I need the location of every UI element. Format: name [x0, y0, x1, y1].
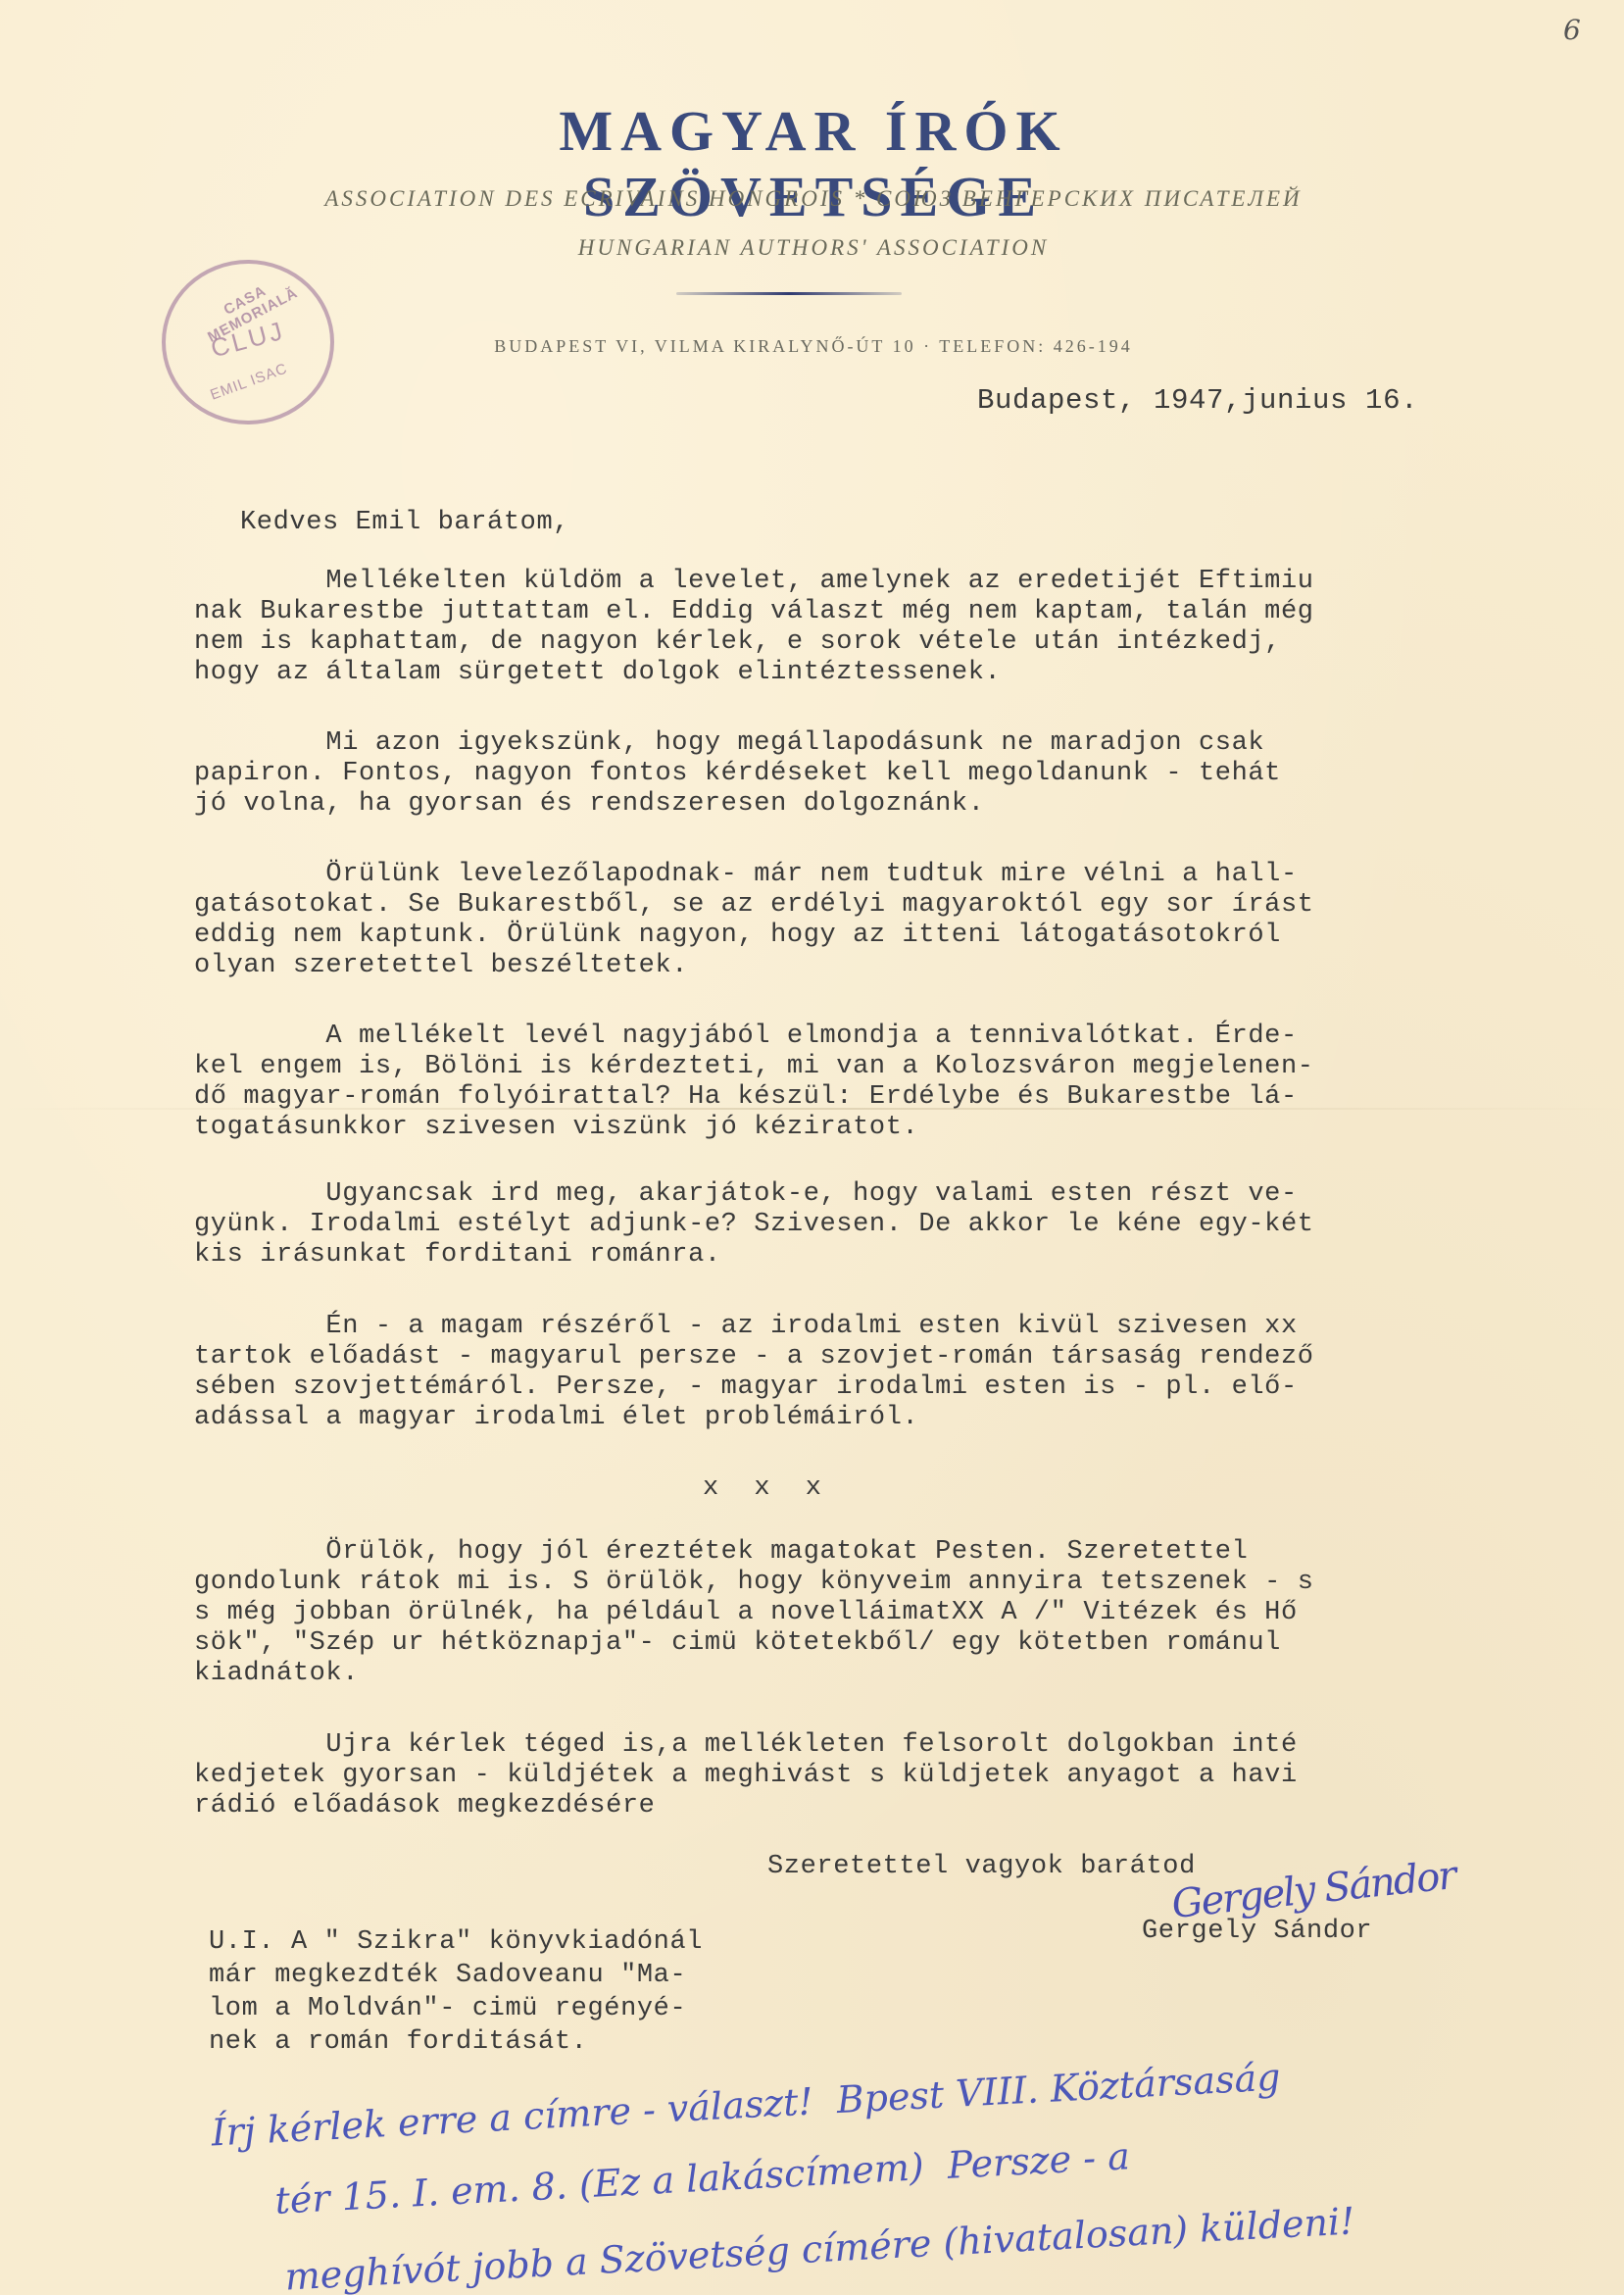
letterhead-subtitle-english: HUNGARIAN AUTHORS' ASSOCIATION [186, 235, 1441, 261]
letterhead-divider [676, 292, 902, 295]
letter-paragraph: Ugyancsak ird meg, akarjátok-e, hogy val… [194, 1179, 1314, 1271]
letterhead-address: BUDAPEST VI, VILMA KIRALYNŐ-ÚT 10 · TELE… [294, 336, 1333, 357]
archive-page-number: 6 [1563, 14, 1581, 46]
letter-paragraph: Mellékelten küldöm a levelet, amelynek a… [194, 567, 1314, 688]
archive-stamp: CASA MEMORIALĂ CLUJ EMIL ISAC [162, 260, 334, 424]
handwritten-note-line: meghívót jobb a Szövetség címére (hivata… [284, 2199, 1356, 2295]
handwritten-note-line: tér 15. I. em. 8. (Ez a lakáscímem) Pers… [273, 2134, 1130, 2222]
signer-name: Gergely Sándor [1142, 1917, 1372, 1947]
section-separator: x x x [703, 1473, 831, 1504]
letter-postscript: U.I. A " Szikra" könyvkiadónál már megke… [209, 1925, 703, 2059]
letter-salutation: Kedves Emil barátom, [240, 508, 569, 538]
letterhead-subtitle-french-russian: ASSOCIATION DES ECRIVAINS HONGROIS * СОЮ… [186, 186, 1441, 212]
letter-paragraph: Örülünk levelezőlapodnak- már nem tudtuk… [194, 860, 1314, 981]
letter-paragraph: Mi azon igyekszünk, hogy megállapodásunk… [194, 728, 1281, 820]
letter-paragraph: Ujra kérlek téged is,a mellékleten felso… [194, 1730, 1298, 1821]
letter-paragraph: Én - a magam részéről - az irodalmi este… [194, 1312, 1314, 1433]
letter-paragraph: A mellékelt levél nagyjából elmondja a t… [194, 1022, 1314, 1143]
letter-paragraph: Örülök, hogy jól éreztétek magatokat Pes… [194, 1537, 1314, 1689]
letter-date: Budapest, 1947,junius 16. [977, 385, 1418, 416]
letter-closing: Szeretettel vagyok barátod [767, 1852, 1196, 1882]
